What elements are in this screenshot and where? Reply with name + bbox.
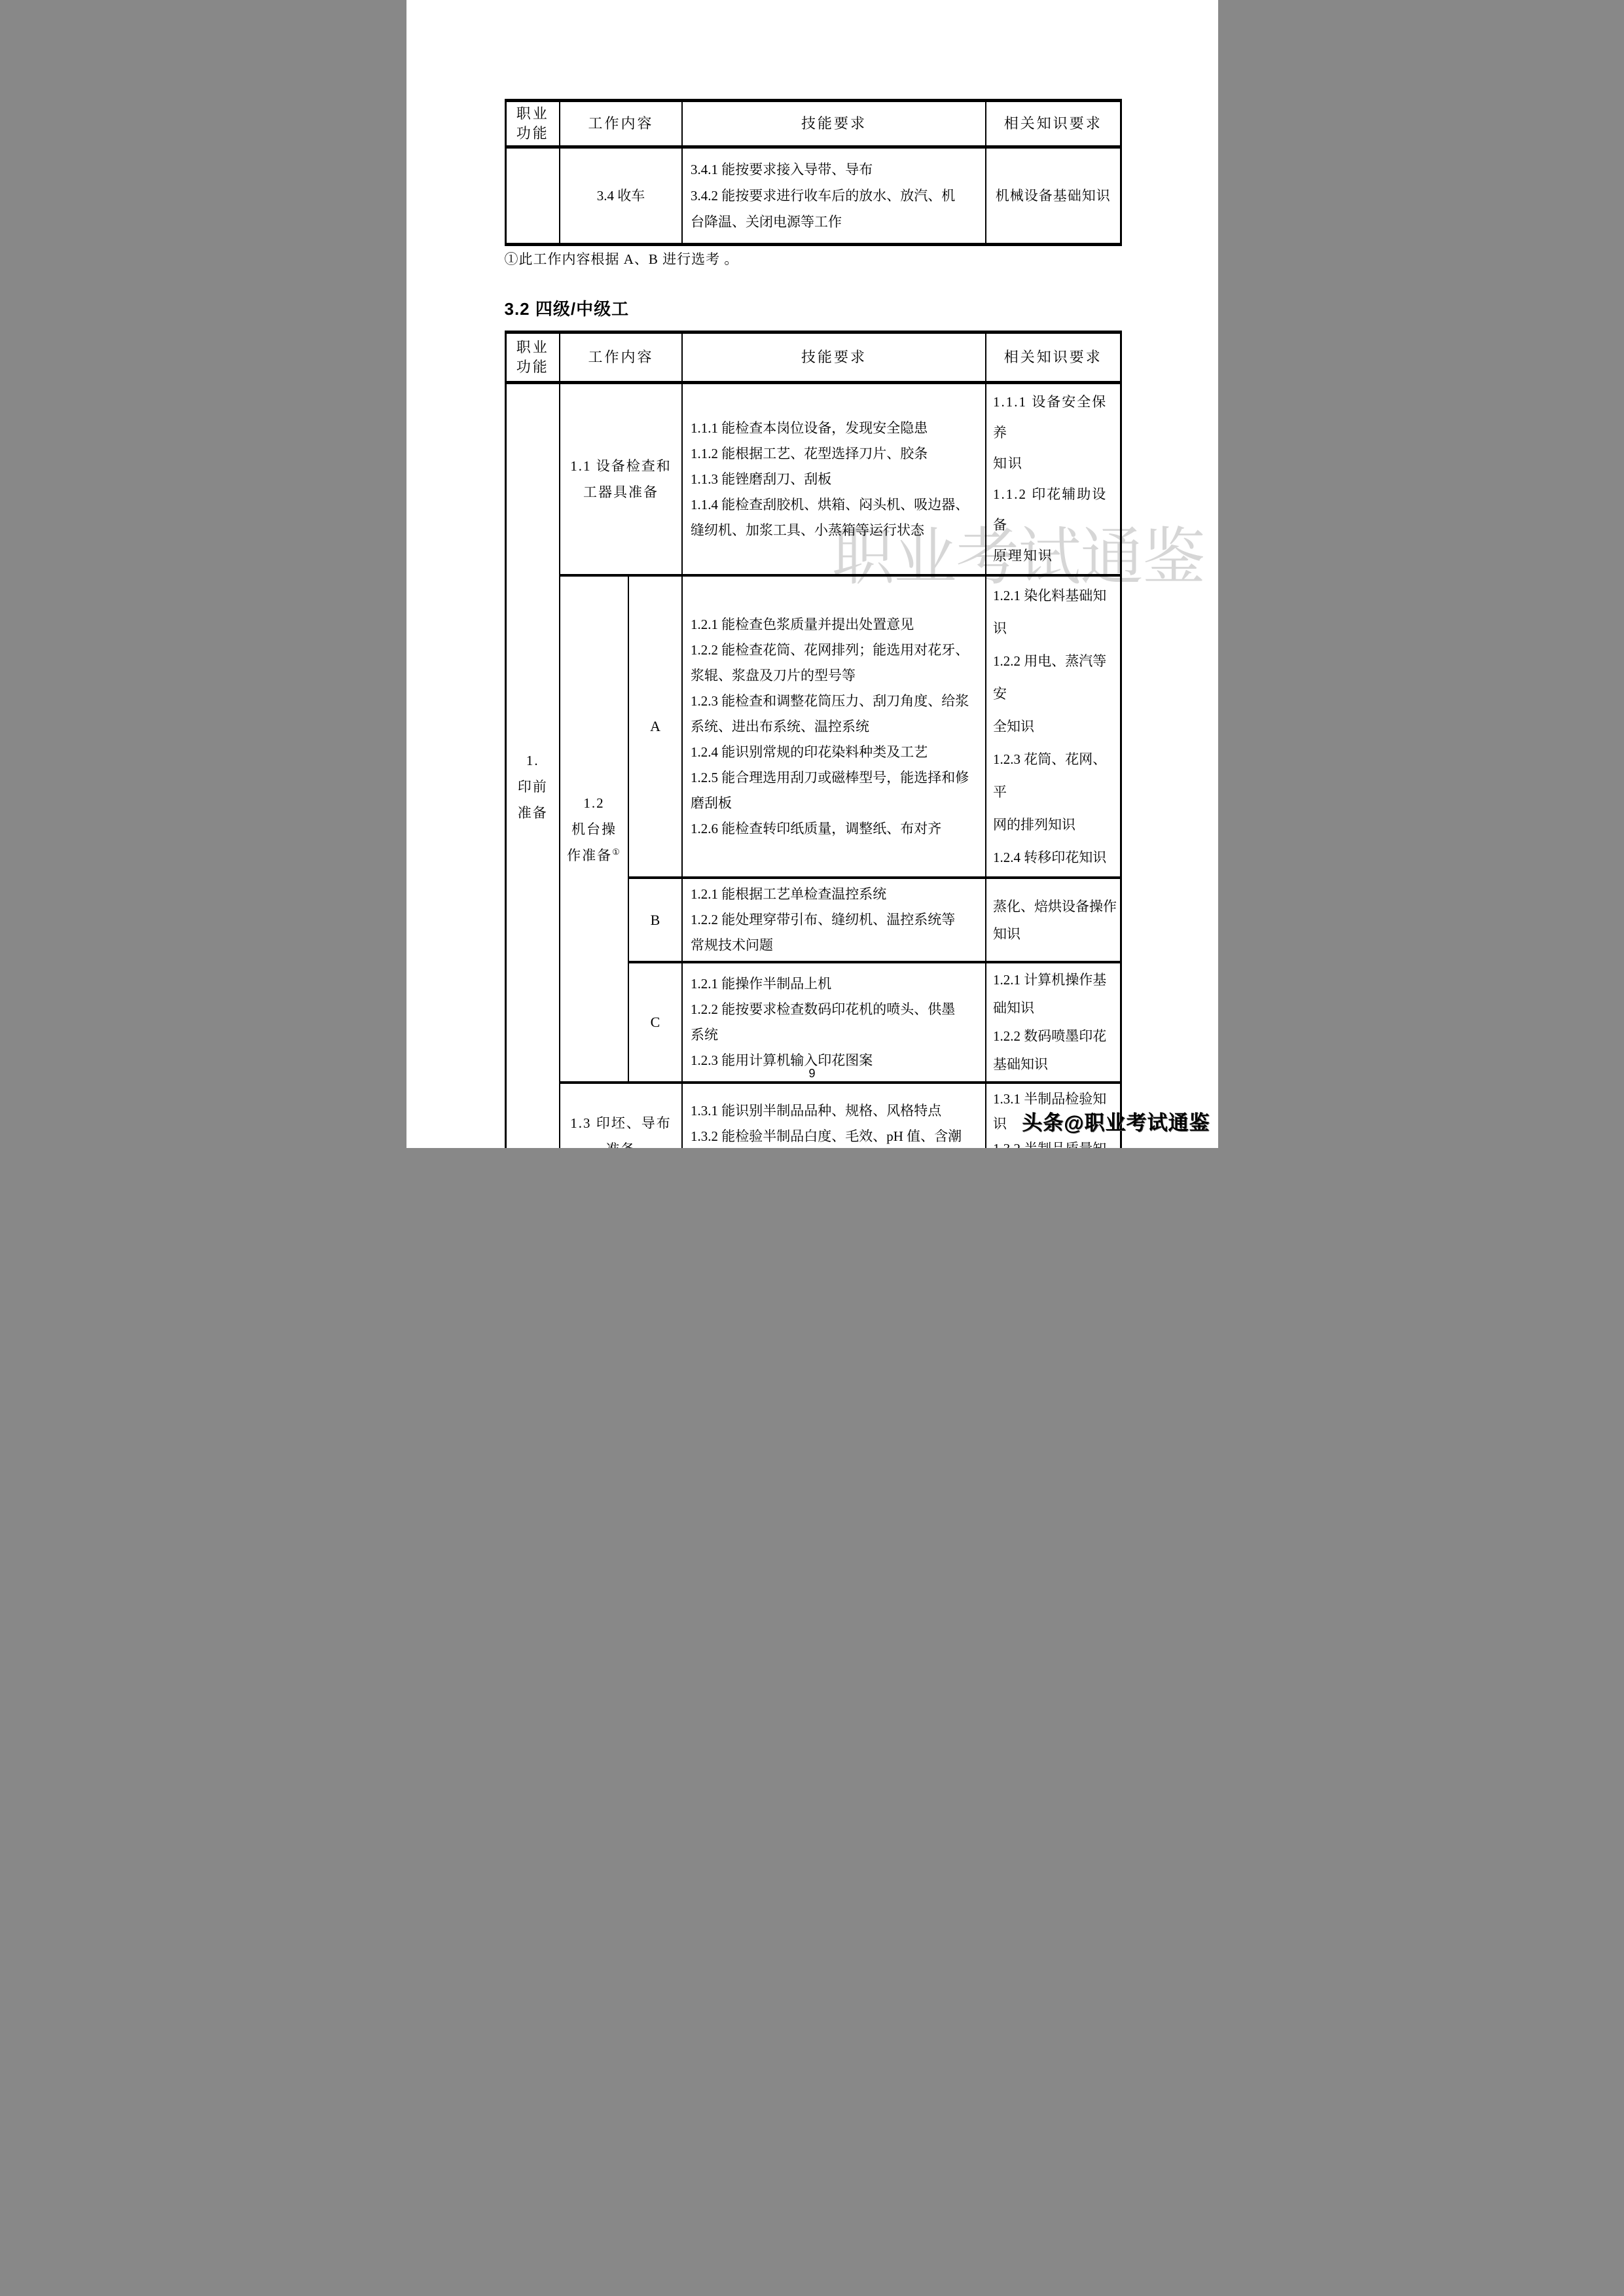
table2-header-job-function: 职业 功能 [505, 332, 560, 383]
skills-cell-1-1: 1.1.1 能检查本岗位设备，发现安全隐患 1.1.2 能根据工艺、花型选择刀片… [682, 383, 986, 576]
footnote-select-exam: ①此工作内容根据 A、B 进行选考 。 [505, 249, 739, 268]
document-page: 职业考试通鉴 职业 功能 工作内容 技能要求 相关知识要求 3.4 收车 3.4… [406, 0, 1218, 1148]
knowledge-cell-1-2-A: 1.2.1 染化料基础知 识 1.2.2 用电、蒸汽等安 全知识 1.2.3 花… [986, 575, 1121, 878]
table-level3-continuation: 职业 功能 工作内容 技能要求 相关知识要求 3.4 收车 3.4.1 能按要求… [505, 99, 1122, 246]
table1-knowledge-cell: 机械设备基础知识 [986, 147, 1121, 245]
table1-header-work-content: 工作内容 [560, 101, 682, 147]
work-cell-1-3: 1.3 印坯、导布 准备 [560, 1083, 682, 1148]
skills-cell-1-3: 1.3.1 能识别半制品品种、规格、风格特点 1.3.2 能检验半制品白度、毛效… [682, 1083, 986, 1148]
option-label-C: C [628, 962, 682, 1083]
skills-cell-1-2-C: 1.2.1 能操作半制品上机 1.2.2 能按要求检查数码印花机的喷头、供墨 系… [682, 962, 986, 1083]
table2-header-row: 职业 功能 工作内容 技能要求 相关知识要求 [505, 332, 1121, 383]
option-label-A: A [628, 575, 682, 878]
section-heading: 3.2 四级/中级工 [505, 296, 630, 320]
table1-header-job-function: 职业 功能 [505, 101, 560, 147]
table1-body-row: 3.4 收车 3.4.1 能按要求接入导带、导布 3.4.2 能按要求进行收车后… [505, 147, 1121, 245]
knowledge-cell-1-2-C: 1.2.1 计算机操作基 础知识 1.2.2 数码喷墨印花 基础知识 [986, 962, 1121, 1083]
work-cell-1-2-footnote-marker: ① [612, 847, 621, 857]
table2-header-work-content: 工作内容 [560, 332, 682, 383]
table2-header-skill-requirements: 技能要求 [682, 332, 986, 383]
table1-header-row: 职业 功能 工作内容 技能要求 相关知识要求 [505, 101, 1121, 147]
option-label-B: B [628, 878, 682, 962]
table2-row-1-2-A: 1.2 机台操 作准备① A 1.2.1 能检查色浆质量并提出处置意见 1.2.… [505, 575, 1121, 878]
work-cell-1-1: 1.1 设备检查和 工器具准备 [560, 383, 682, 576]
footer-credit: 头条@职业考试通鉴 [1022, 1106, 1210, 1136]
table1-header-knowledge-requirements: 相关知识要求 [986, 101, 1121, 147]
knowledge-cell-1-1: 1.1.1 设备安全保养 知识 1.1.2 印花辅助设备 原理知识 [986, 383, 1121, 576]
work-cell-1-2: 1.2 机台操 作准备① [560, 575, 628, 1083]
table2-header-knowledge-requirements: 相关知识要求 [986, 332, 1121, 383]
table1-header-skill-requirements: 技能要求 [682, 101, 986, 147]
knowledge-cell-1-2-B: 蒸化、焙烘设备操作 知识 [986, 878, 1121, 962]
table-level4-intermediate: 职业 功能 工作内容 技能要求 相关知识要求 1. 印前 准备 1.1 设备检查… [505, 331, 1122, 1148]
table1-skills-cell: 3.4.1 能按要求接入导带、导布 3.4.2 能按要求进行收车后的放水、放汽、… [682, 147, 986, 245]
work-cell-1-2-text: 1.2 机台操 作准备 [567, 795, 617, 863]
table1-function-cell-empty [505, 147, 560, 245]
skills-cell-1-2-A: 1.2.1 能检查色浆质量并提出处置意见 1.2.2 能检查花筒、花网排列；能选… [682, 575, 986, 878]
table1-work-cell: 3.4 收车 [560, 147, 682, 245]
table2-row-1-1: 1. 印前 准备 1.1 设备检查和 工器具准备 1.1.1 能检查本岗位设备，… [505, 383, 1121, 576]
skills-cell-1-2-B: 1.2.1 能根据工艺单检查温控系统 1.2.2 能处理穿带引布、缝纫机、温控系… [682, 878, 986, 962]
page-number: 9 [406, 1067, 1218, 1081]
job-function-cell-preprint-prep: 1. 印前 准备 [505, 383, 560, 1149]
